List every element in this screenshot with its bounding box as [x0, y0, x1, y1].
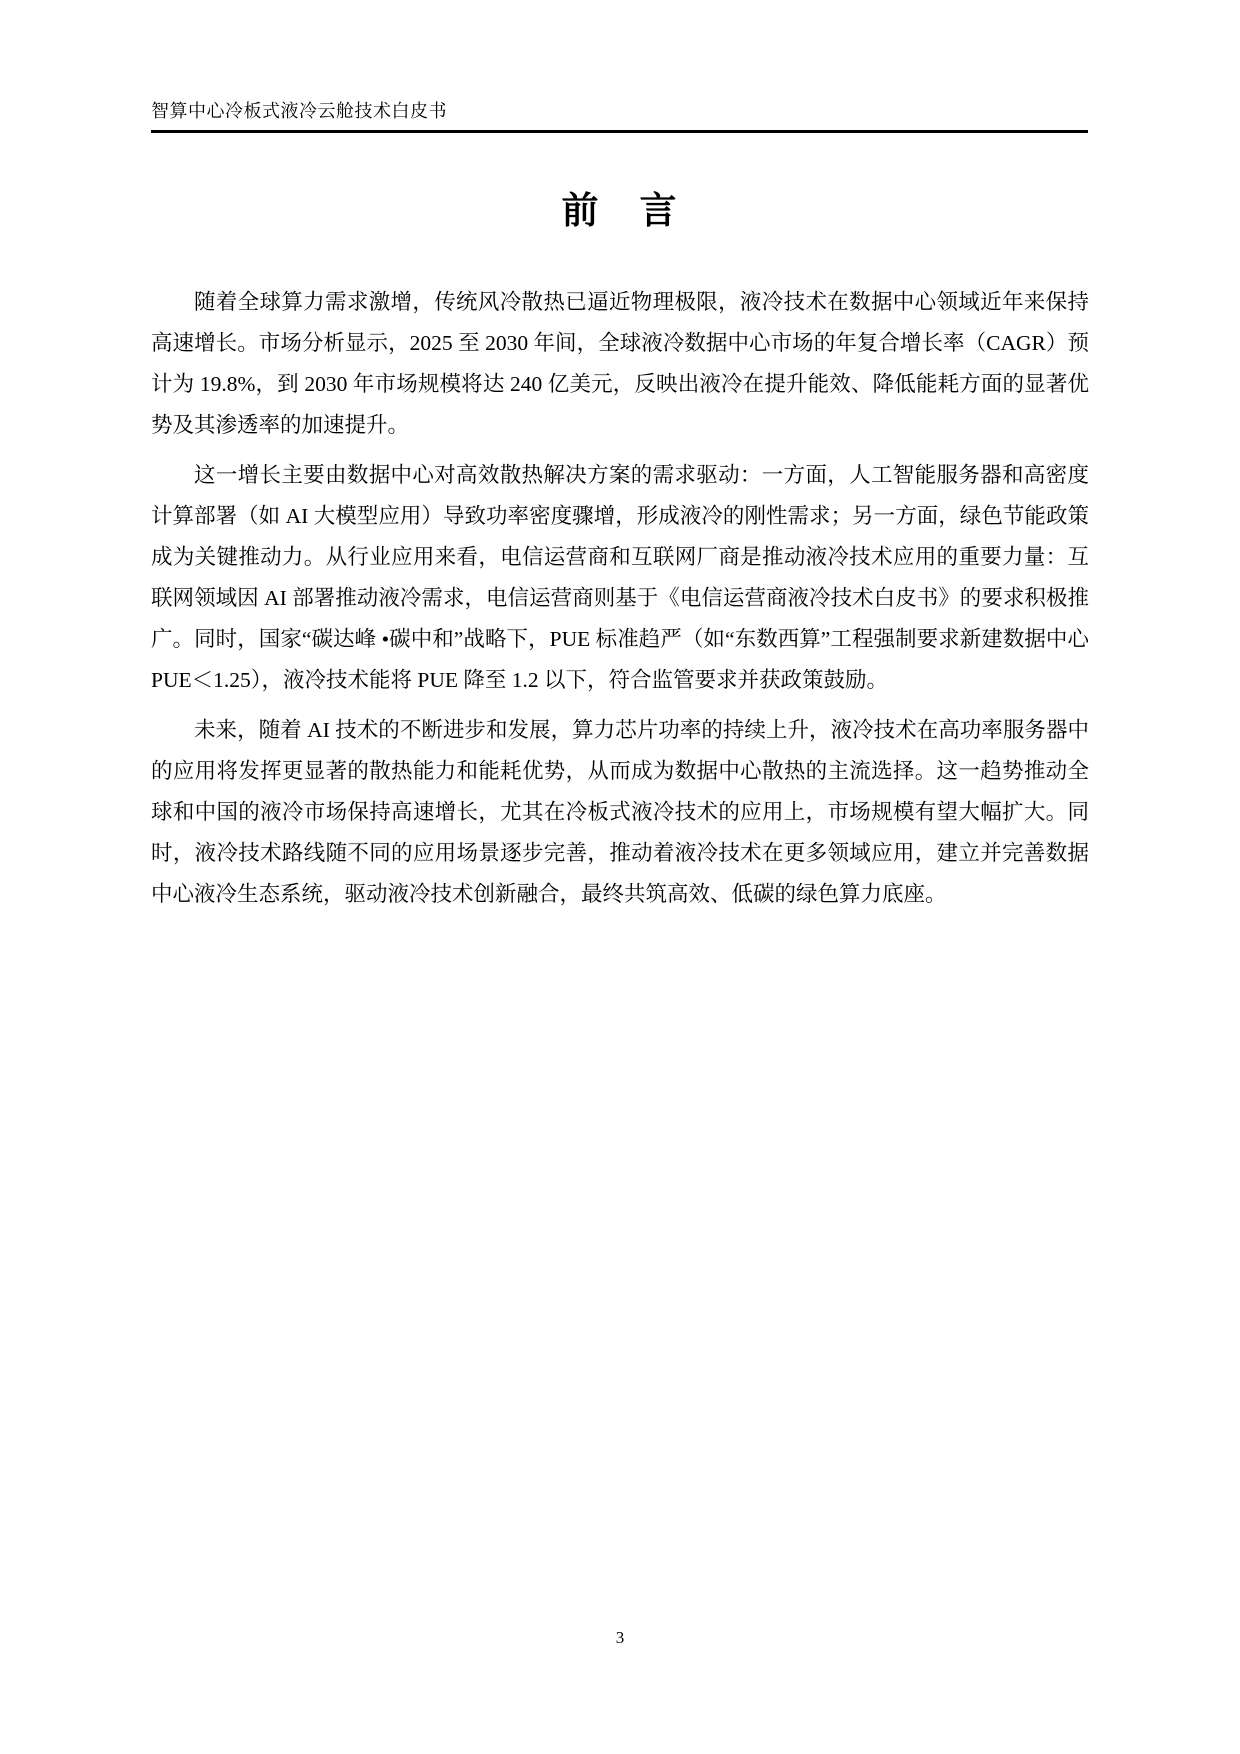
running-title: 智算中心冷板式液冷云舱技术白皮书 — [151, 97, 1088, 123]
header-divider — [151, 130, 1088, 133]
page-title: 前 言 — [0, 180, 1240, 234]
paragraph: 随着全球算力需求激增，传统风冷散热已逼近物理极限，液冷技术在数据中心领域近年来保… — [151, 282, 1089, 446]
body-text: 随着全球算力需求激增，传统风冷散热已逼近物理极限，液冷技术在数据中心领域近年来保… — [151, 282, 1089, 924]
document-page: 智算中心冷板式液冷云舱技术白皮书 前 言 随着全球算力需求激增，传统风冷散热已逼… — [0, 0, 1240, 1754]
page-number: 3 — [0, 1628, 1240, 1648]
paragraph: 未来，随着 AI 技术的不断进步和发展，算力芯片功率的持续上升，液冷技术在高功率… — [151, 710, 1089, 915]
paragraph: 这一增长主要由数据中心对高效散热解决方案的需求驱动：一方面，人工智能服务器和高密… — [151, 455, 1089, 701]
page-header: 智算中心冷板式液冷云舱技术白皮书 — [151, 97, 1088, 141]
